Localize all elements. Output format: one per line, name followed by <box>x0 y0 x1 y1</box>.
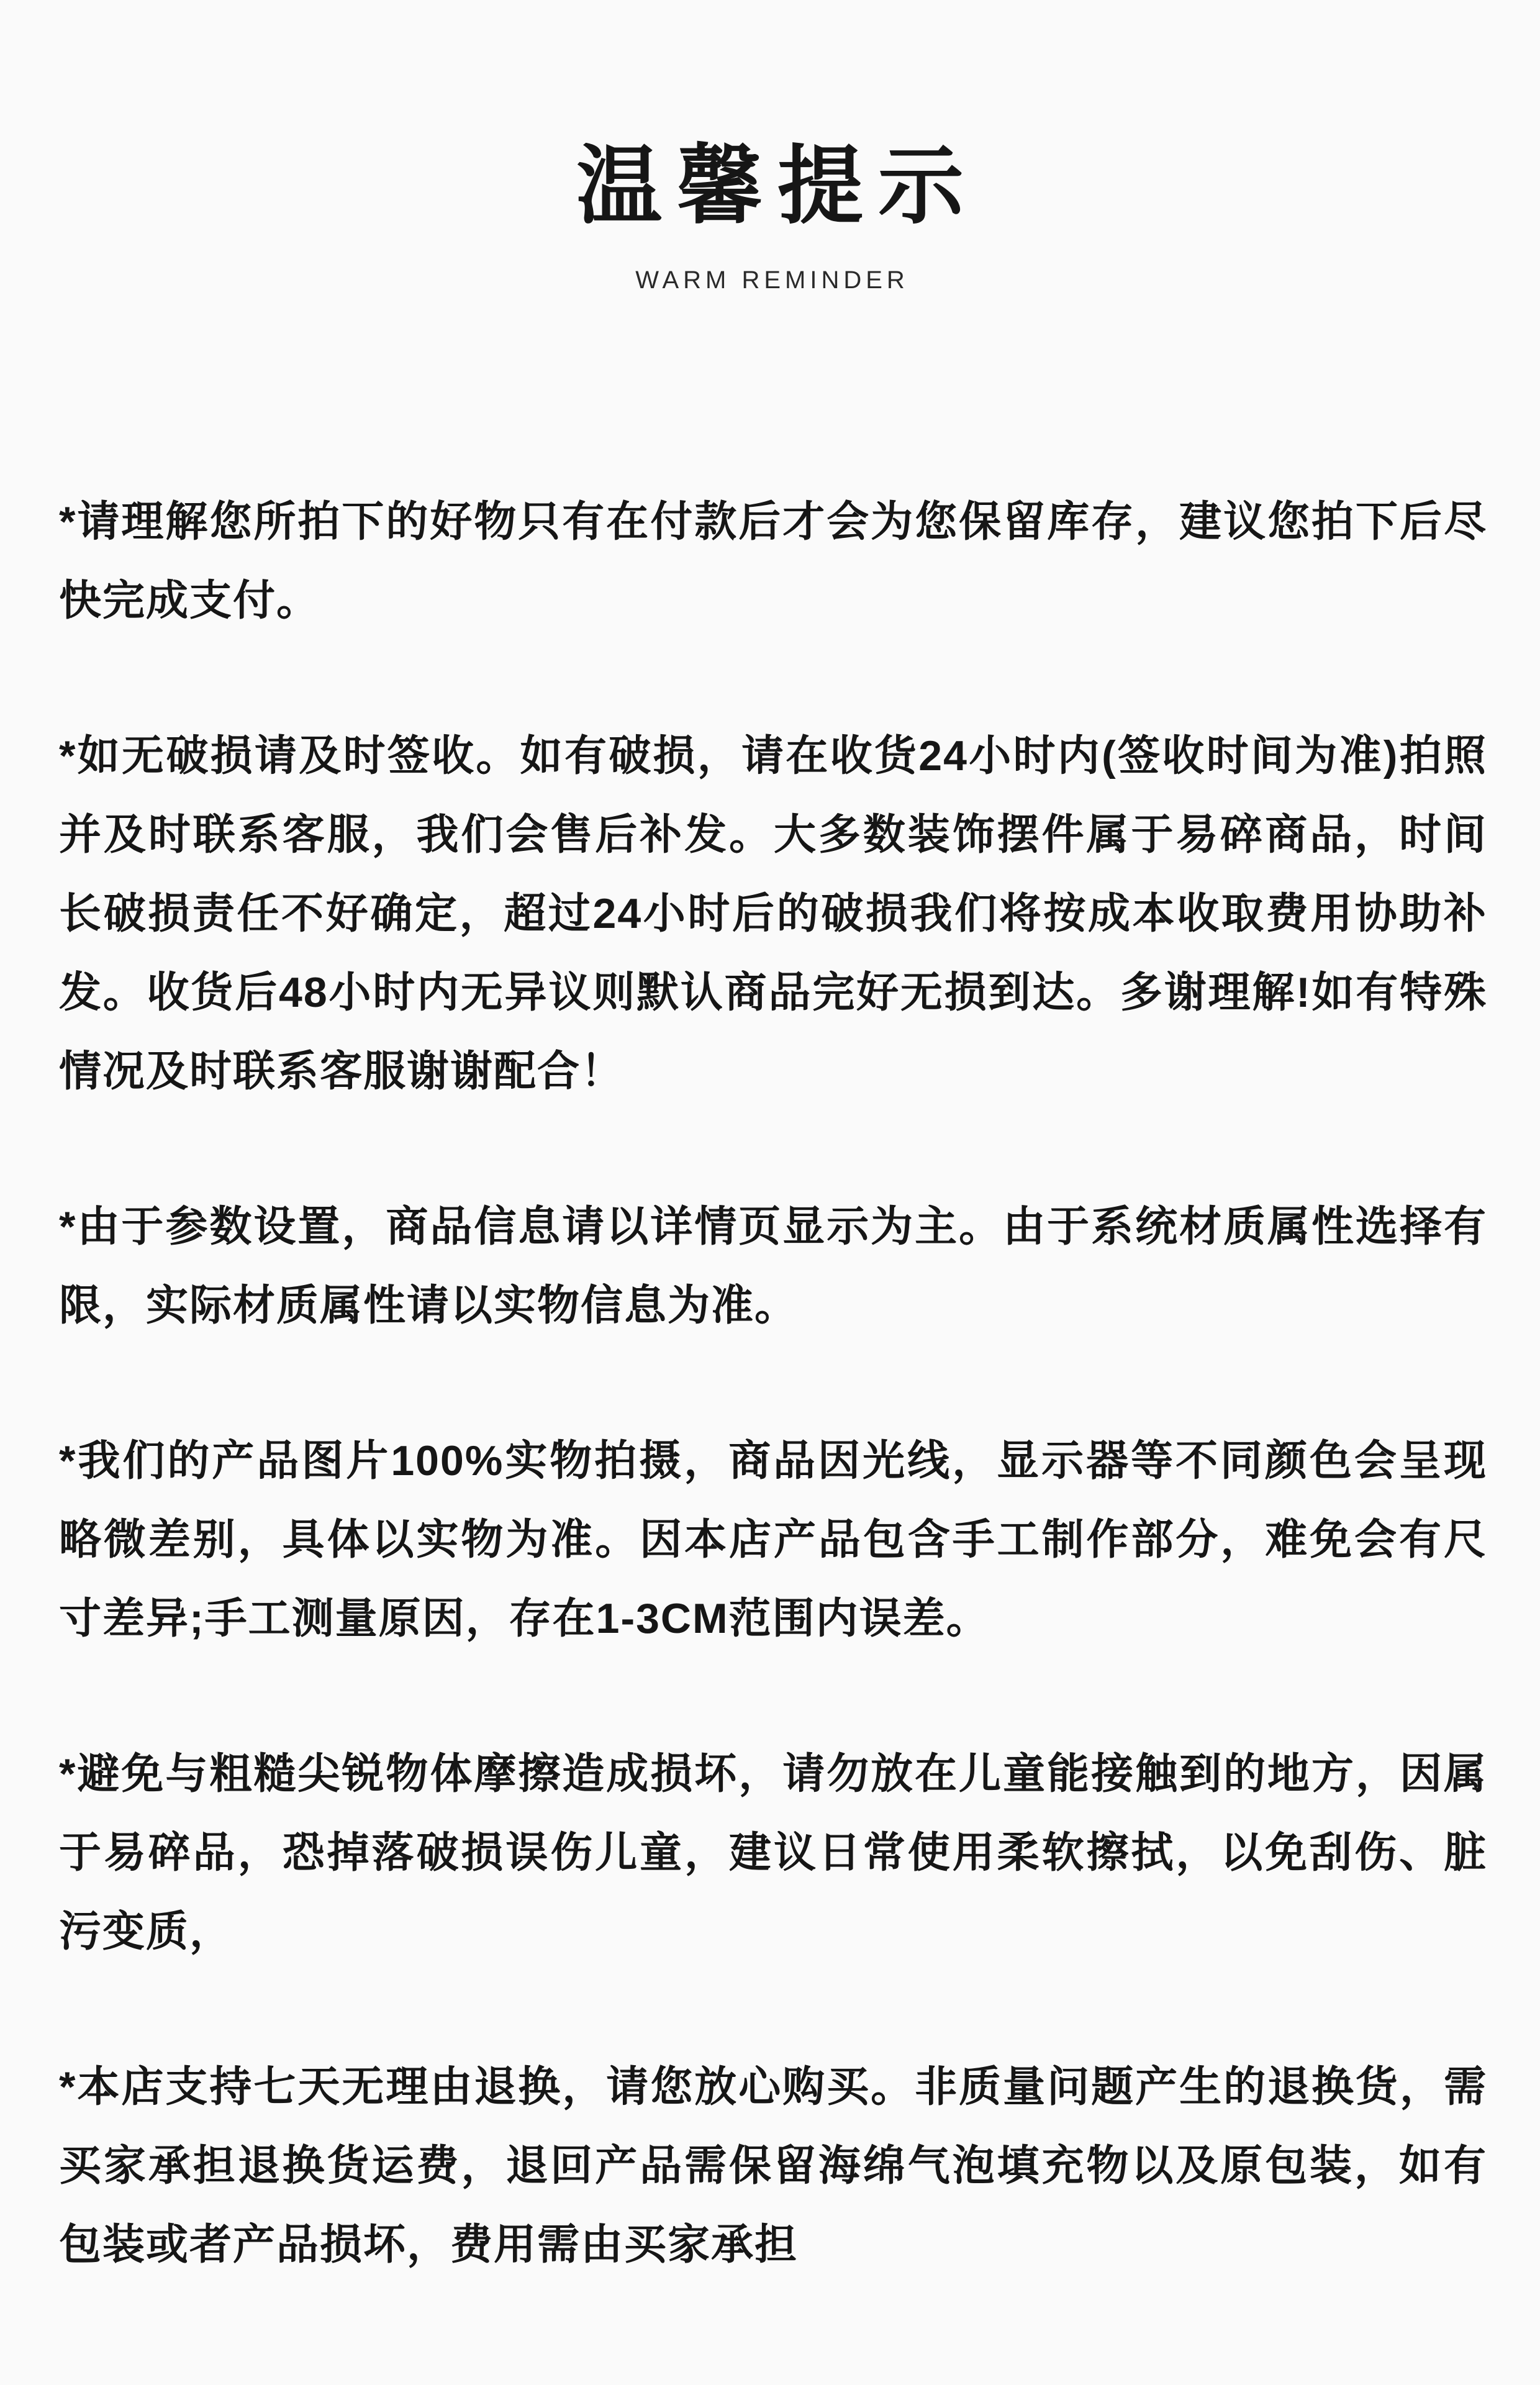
warm-reminder-page: 温馨提示 WARM REMINDER *请理解您所拍下的好物只有在付款后才会为您… <box>0 0 1540 2385</box>
reminder-header: 温馨提示 WARM REMINDER <box>0 0 1540 293</box>
notice-paragraph-product-info: *由于参数设置，商品信息请以详情页显示为主。由于系统材质属性选择有限，实际材质属… <box>59 1188 1487 1345</box>
notice-paragraph-photo-color: *我们的产品图片100%实物拍摄，商品因光线，显示器等不同颜色会呈现略微差别，具… <box>59 1422 1487 1658</box>
notice-list: *请理解您所拍下的好物只有在付款后才会为您保留库存，建议您拍下后尽快完成支付。 … <box>0 483 1540 2284</box>
notice-paragraph-fragile-care: *避免与粗糙尖锐物体摩擦造成损坏，请勿放在儿童能接触到的地方，因属于易碎品，恐掉… <box>59 1735 1487 1971</box>
page-subtitle: WARM REMINDER <box>0 267 1540 293</box>
notice-paragraph-payment: *请理解您所拍下的好物只有在付款后才会为您保留库存，建议您拍下后尽快完成支付。 <box>59 483 1487 640</box>
page-title: 温馨提示 <box>0 0 1540 233</box>
notice-paragraph-return-policy: *本店支持七天无理由退换，请您放心购买。非质量问题产生的退换货，需买家承担退换货… <box>59 2048 1487 2284</box>
notice-paragraph-damage-signing: *如无破损请及时签收。如有破损，请在收货24小时内(签收时间为准)拍照并及时联系… <box>59 717 1487 1111</box>
